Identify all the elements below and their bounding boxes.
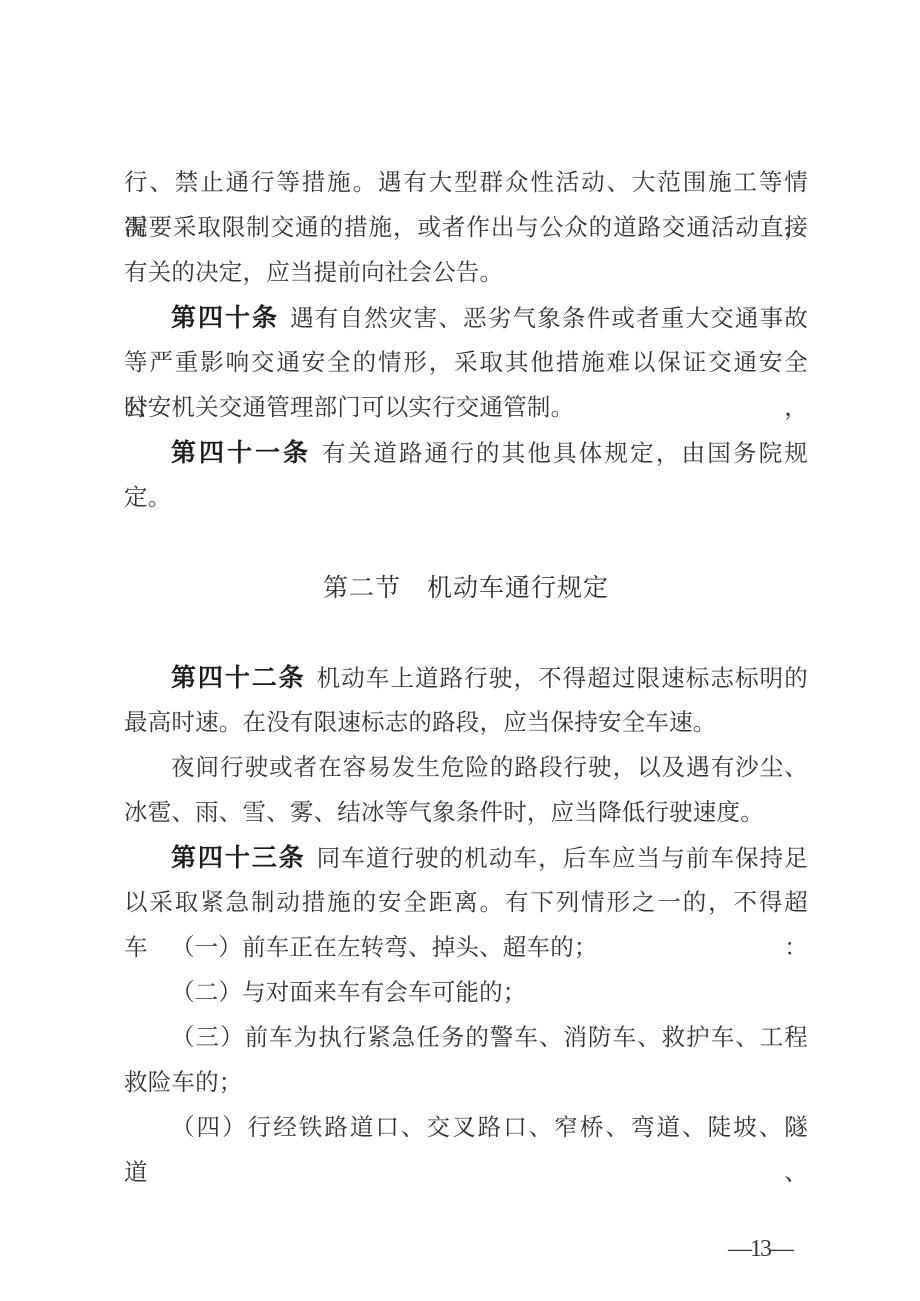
body-line-paragraph-end: 冰雹、雨、雪、雾、结冰等气象条件时，应当降低行驶速度。 [124,791,808,836]
text-column: 行、禁止通行等措施。遇有大型群众性活动、大范围施工等情况， 需要采取限制交通的措… [124,161,808,1151]
article-41-number: 第四十一条 [171,439,311,467]
blank-line [124,611,808,656]
article-42-number: 第四十二条 [171,664,306,692]
article-40-number: 第四十条 [171,304,279,332]
article-42-line: 第四十二条机动车上道路行驶，不得超过限速标志标明的 [124,656,808,701]
body-line-paragraph-end: 最高时速。在没有限速标志的路段，应当保持安全车速。 [124,701,808,746]
page-number: —13— [660,1233,860,1265]
article-43-number: 第四十三条 [171,844,306,872]
body-line-continuation: 行、禁止通行等措施。遇有大型群众性活动、大范围施工等情况， [124,161,808,206]
section-heading: 第二节 机动车通行规定 [124,566,808,611]
article-40-line: 第四十条遇有自然灾害、恶劣气象条件或者重大交通事故 [124,296,808,341]
article-41-text: 有关道路通行的其他具体规定，由国务院规 [322,441,808,467]
body-line-paragraph-end: 定。 [124,476,808,521]
body-line: 等严重影响交通安全的情形，采取其他措施难以保证交通安全时， [124,341,808,386]
list-item-3: （三）前车为执行紧急任务的警车、消防车、救护车、工程 [124,1016,808,1061]
blank-line [124,521,808,566]
list-item-3-continuation: 救险车的； [124,1061,808,1106]
list-item-4: （四）行经铁路道口、交叉路口、窄桥、弯道、陡坡、隧道、 [124,1106,808,1151]
article-41-line: 第四十一条有关道路通行的其他具体规定，由国务院规 [124,431,808,476]
document-page: 行、禁止通行等措施。遇有大型群众性活动、大范围施工等情况， 需要采取限制交通的措… [0,0,920,1301]
list-item-2: （二）与对面来车有会车可能的； [124,971,808,1016]
article-43-line: 第四十三条同车道行驶的机动车，后车应当与前车保持足 [124,836,808,881]
body-line: 需要采取限制交通的措施，或者作出与公众的道路交通活动直接 [124,206,808,251]
body-line: 以采取紧急制动措施的安全距离。有下列情形之一的，不得超车： [124,881,808,926]
article-43-text: 同车道行驶的机动车，后车应当与前车保持足 [317,846,808,872]
article-42-text: 机动车上道路行驶，不得超过限速标志标明的 [317,666,808,692]
body-line-paragraph-end: 有关的决定，应当提前向社会公告。 [124,251,808,296]
article-40-text: 遇有自然灾害、恶劣气象条件或者重大交通事故 [290,306,808,332]
body-line-paragraph-start: 夜间行驶或者在容易发生危险的路段行驶，以及遇有沙尘、 [124,746,808,791]
